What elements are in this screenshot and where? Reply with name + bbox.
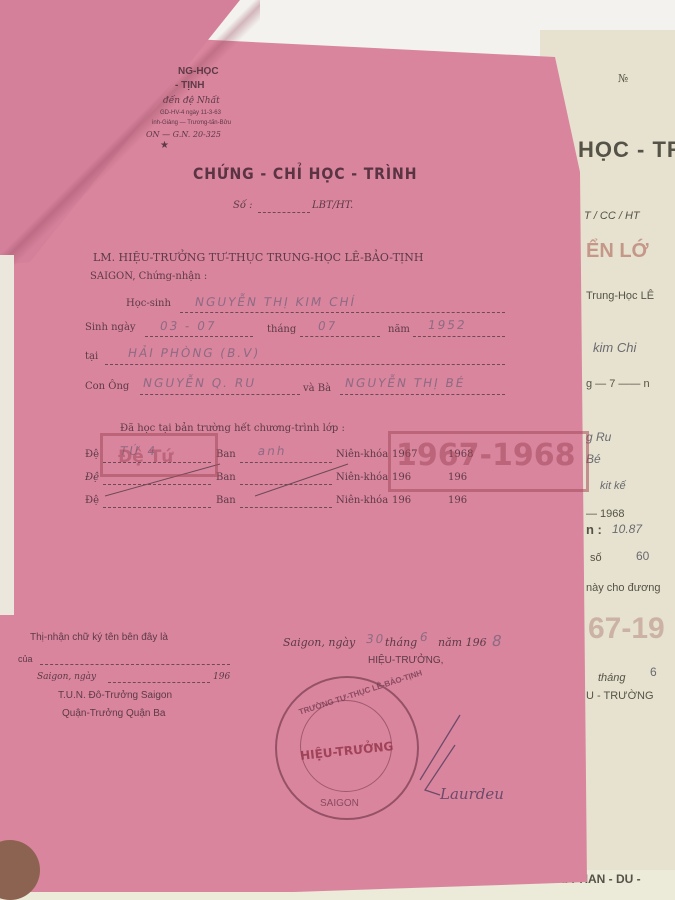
star-icon: ★ bbox=[160, 140, 169, 151]
header-line3: đến đệ Nhất bbox=[163, 96, 220, 106]
place-value: HẢI PHÒNG (B.V) bbox=[127, 346, 261, 360]
bg-rank-label: số bbox=[590, 552, 602, 564]
header-line5: inh-Giảng — Trương-tấn-Bửu bbox=[152, 120, 231, 126]
birth-year-label: năm bbox=[388, 324, 410, 335]
number-suffix: LBT/HT. bbox=[312, 200, 353, 211]
bg-title-fragment: HỌC - TRÌN bbox=[578, 137, 675, 163]
header-line4: GD-HV-4 ngày 11-3-63 bbox=[160, 110, 221, 116]
birth-year-value: 1952 bbox=[427, 318, 468, 332]
place-label: tại bbox=[85, 351, 98, 362]
birth-day-line bbox=[145, 336, 253, 337]
page-edge bbox=[0, 255, 14, 615]
sign-month-label: tháng bbox=[385, 636, 417, 649]
birth-day-value: 03 - 07 bbox=[159, 319, 218, 333]
years-stamp-text: 1967-1968 bbox=[396, 438, 575, 473]
birth-month-label: tháng bbox=[267, 324, 296, 335]
bg-score-value: 10.87 bbox=[612, 522, 642, 536]
sign-day: 30 bbox=[365, 632, 387, 646]
father-value: NGUYỄN Q. RU bbox=[142, 376, 257, 390]
bg-score-label: n : bbox=[586, 522, 602, 537]
principal-title: HIỆU-TRƯỞNG, bbox=[368, 655, 443, 666]
bg-number-label: № bbox=[618, 72, 628, 85]
grade-label-1: Đệ bbox=[85, 449, 99, 460]
bg-rank-value: 60 bbox=[636, 549, 649, 563]
certify-line1: LM. HIỆU-TRƯỞNG TƯ-THỤC TRUNG-HỌC LÊ-BẢO… bbox=[93, 251, 423, 264]
student-name: NGUYỄN THỊ KIM CHÍ bbox=[194, 295, 357, 309]
bg-principal-fragment: U - TRƯỜNG bbox=[586, 690, 654, 702]
header-line1: NG-HỌC bbox=[178, 66, 219, 77]
father-label: Con Ông bbox=[85, 381, 129, 392]
signature-text: Laurdeu bbox=[440, 785, 504, 803]
verify-line4: T.U.N. Đô-Trưởng Saigon bbox=[58, 690, 172, 701]
bg-stamp-fragment: ỂN LỚ bbox=[586, 240, 649, 263]
ban-line-3 bbox=[240, 507, 332, 508]
mother-label: và Bà bbox=[303, 383, 331, 394]
mother-line bbox=[340, 394, 505, 395]
birth-month-line bbox=[300, 336, 380, 337]
bg-month-label: tháng bbox=[598, 672, 626, 684]
sign-place: Saigon, ngày bbox=[283, 636, 355, 649]
seal-bottom-text: SAIGON bbox=[320, 798, 359, 809]
bg-code-fragment: T / CC / HT bbox=[584, 210, 640, 222]
grade-label-2: Đệ bbox=[85, 472, 99, 483]
verify-line1: Thị-nhận chữ ký tên bên đây là bbox=[30, 632, 168, 643]
birth-day-label: Sinh ngày bbox=[85, 322, 136, 333]
bg-note-fragment: này cho đương bbox=[586, 582, 661, 594]
birth-year-line bbox=[413, 336, 505, 337]
birth-month-value: 07 bbox=[317, 319, 339, 333]
year-to-3: 196 bbox=[448, 495, 467, 506]
verify-date-suffix: 196 bbox=[213, 672, 230, 682]
student-label: Học-sinh bbox=[126, 298, 171, 309]
ban-label-1: Ban bbox=[216, 449, 236, 460]
bg-month-fragment: g — 7 —— n bbox=[586, 378, 650, 390]
bg-stamp-years: 67-19 bbox=[588, 612, 665, 646]
certify-line2: SAIGON, Chứng-nhận : bbox=[90, 271, 207, 282]
student-line bbox=[180, 312, 505, 313]
sign-year-label: năm 196 bbox=[438, 636, 487, 649]
grade-line-3 bbox=[103, 507, 211, 508]
certificate-title: CHỨNG - CHỈ HỌC - TRÌNH bbox=[193, 164, 417, 183]
class-stamp-text: Đệ Tứ bbox=[118, 447, 173, 467]
ban-value-1: anh bbox=[257, 444, 288, 458]
grade-label-3: Đệ bbox=[85, 495, 99, 506]
father-line bbox=[140, 394, 300, 395]
verify-name-line bbox=[40, 664, 230, 665]
verify-line2: của bbox=[18, 654, 33, 664]
bg-class-fragment: kit kế bbox=[600, 480, 626, 492]
verify-line5: Quận-Trưởng Quận Ba bbox=[62, 708, 166, 719]
mother-value: NGUYỄN THỊ BÉ bbox=[344, 376, 467, 390]
bg-school-fragment: Trung-Học LÊ bbox=[586, 290, 654, 302]
place-line bbox=[105, 364, 505, 365]
header-line6: ON — G.N. 20-325 bbox=[146, 130, 221, 139]
year-label-1: Niên-khóa bbox=[336, 449, 388, 460]
verify-date-prefix: Saigon, ngày bbox=[37, 672, 96, 682]
bg-year-fragment: — 1968 bbox=[586, 508, 625, 520]
bg-month-value: 6 bbox=[650, 665, 657, 679]
bg-father-fragment: g Ru bbox=[586, 430, 611, 444]
number-label: Số : bbox=[233, 200, 253, 211]
year-from-3: 196 bbox=[392, 495, 411, 506]
header-line2: - TỊNH bbox=[175, 80, 204, 91]
bg-name-fragment: kim Chi bbox=[593, 340, 636, 355]
verify-date-line bbox=[108, 682, 210, 683]
number-field bbox=[258, 212, 310, 213]
